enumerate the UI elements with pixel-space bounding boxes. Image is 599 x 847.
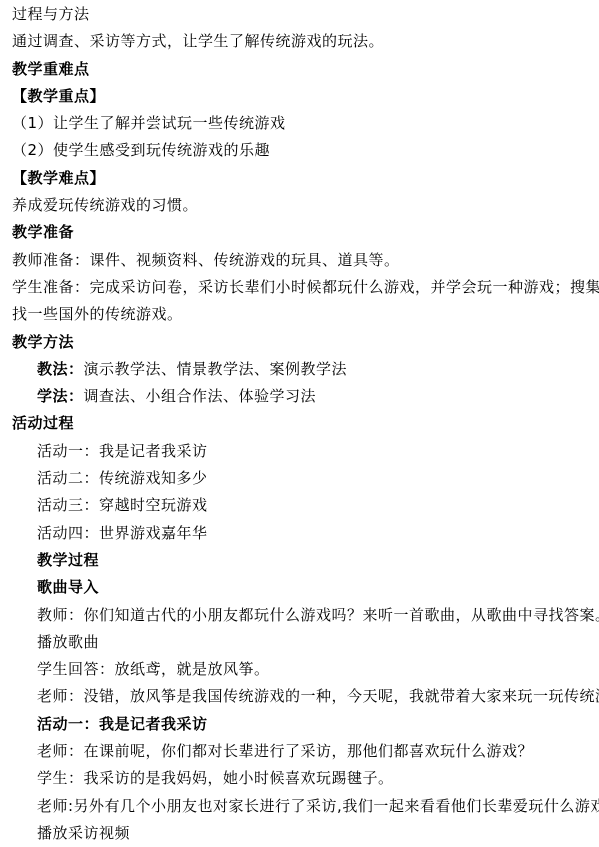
learning-method-label: 学法： xyxy=(37,387,84,405)
learning-method-value: 调查法、小组合作法、体验学习法 xyxy=(84,387,317,405)
teacher-preparation-line: 教师准备：课件、视频资料、传统游戏的玩具、道具等。 xyxy=(12,247,599,274)
difficult-point-body: 养成爱玩传统游戏的习惯。 xyxy=(12,192,599,219)
heading-activity-one: 活动一：我是记者我采访 xyxy=(12,711,599,738)
line-process-method-body: 通过调查、采访等方式，让学生了解传统游戏的玩法。 xyxy=(12,28,599,55)
lesson-plan-document: 过程与方法 通过调查、采访等方式，让学生了解传统游戏的玩法。 教学重难点 【教学… xyxy=(0,0,599,847)
dialogue-teacher-interview-followup: 老师:另外有几个小朋友也对家长进行了采访,我们一起来看看他们长辈爱玩什么游戏。 xyxy=(12,793,599,820)
learning-method-line: 学法：调查法、小组合作法、体验学习法 xyxy=(12,383,599,410)
dialogue-teacher-response: 老师：没错，放风筝是我国传统游戏的一种，今天呢，我就带着大家来玩一玩传统游戏。 xyxy=(12,683,599,710)
heading-teaching-key-difficult-points: 教学重难点 xyxy=(12,56,599,83)
student-preparation-line: 学生准备：完成采访问卷，采访长辈们小时候都玩什么游戏，并学会玩一种游戏；搜集、查 xyxy=(12,274,599,301)
key-point-item-2: （2）使学生感受到玩传统游戏的乐趣 xyxy=(12,137,599,164)
heading-teaching-preparation: 教学准备 xyxy=(12,219,599,246)
teaching-method-label: 教法： xyxy=(37,360,84,378)
action-play-interview-video: 播放采访视频 xyxy=(12,820,599,847)
dialogue-teacher-interview-question: 老师：在课前呢，你们都对长辈进行了采访，那他们都喜欢玩什么游戏？ xyxy=(12,738,599,765)
activity-list-item-1: 活动一：我是记者我采访 xyxy=(12,438,599,465)
line-process-method-label: 过程与方法 xyxy=(12,1,599,28)
heading-teaching-process: 教学过程 xyxy=(12,547,599,574)
heading-activity-process: 活动过程 xyxy=(12,410,599,437)
activity-list-item-3: 活动三：穿越时空玩游戏 xyxy=(12,492,599,519)
heading-teaching-difficult-points: 【教学难点】 xyxy=(12,165,599,192)
dialogue-teacher-question: 教师：你们知道古代的小朋友都玩什么游戏吗？来听一首歌曲，从歌曲中寻找答案。 xyxy=(12,602,599,629)
heading-teaching-key-points: 【教学重点】 xyxy=(12,83,599,110)
teaching-method-value: 演示教学法、情景教学法、案例教学法 xyxy=(84,360,348,378)
heading-teaching-methods: 教学方法 xyxy=(12,329,599,356)
dialogue-student-interview-answer: 学生：我采访的是我妈妈，她小时候喜欢玩踢毽子。 xyxy=(12,765,599,792)
dialogue-student-answer: 学生回答：放纸鸢，就是放风筝。 xyxy=(12,656,599,683)
key-point-item-1: （1）让学生了解并尝试玩一些传统游戏 xyxy=(12,110,599,137)
heading-song-introduction: 歌曲导入 xyxy=(12,574,599,601)
action-play-song: 播放歌曲 xyxy=(12,629,599,656)
student-preparation-line-continued: 找一些国外的传统游戏。 xyxy=(12,301,599,328)
teaching-method-line: 教法：演示教学法、情景教学法、案例教学法 xyxy=(12,356,599,383)
activity-list-item-2: 活动二：传统游戏知多少 xyxy=(12,465,599,492)
activity-list-item-4: 活动四：世界游戏嘉年华 xyxy=(12,520,599,547)
